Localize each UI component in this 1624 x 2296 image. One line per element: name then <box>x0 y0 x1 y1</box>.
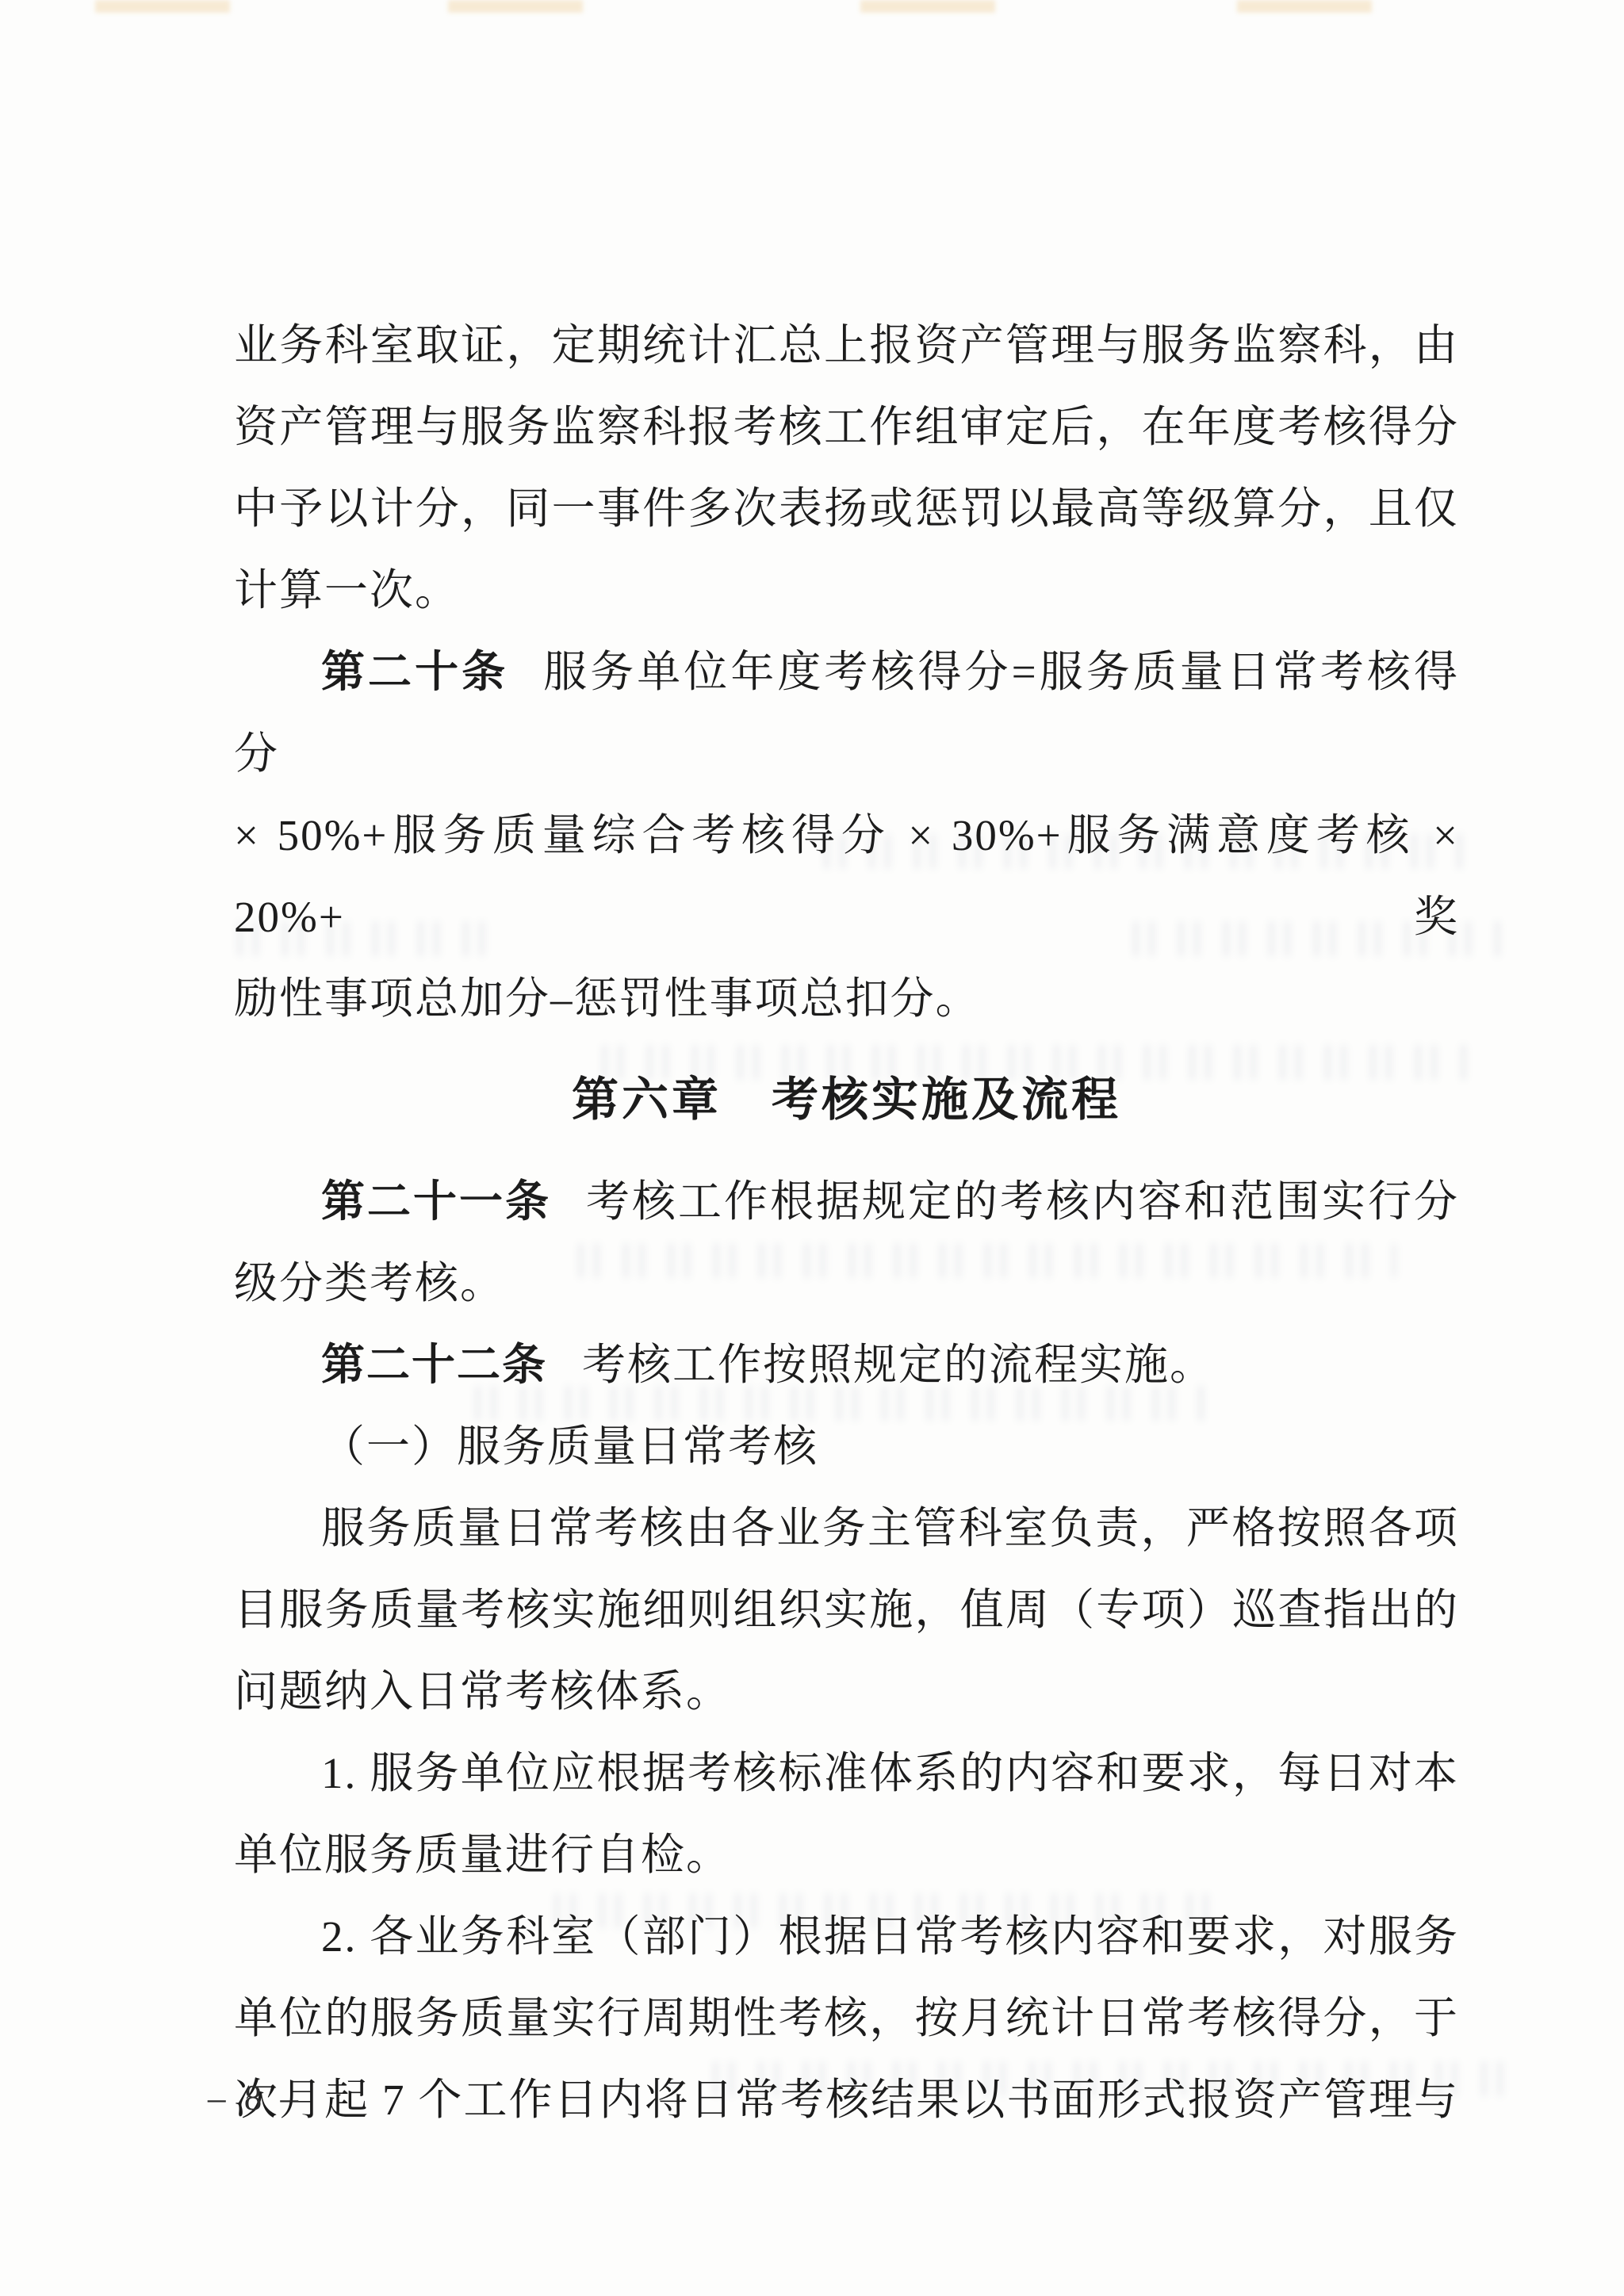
article-text: 考核工作按照规定的流程实施。 <box>582 1341 1215 1389</box>
text-line: 业务科室取证，定期统计汇总上报资产管理与服务监察科，由 <box>234 304 1459 386</box>
text-line: 第二十二条考核工作按照规定的流程实施。 <box>234 1324 1459 1406</box>
text-line: 励性事项总加分–惩罚性事项总扣分。 <box>234 958 1459 1039</box>
text-line: × 50%+服务质量综合考核得分 × 30%+服务满意度考核 × 20%+奖 <box>234 794 1459 958</box>
scan-smudge <box>1237 0 1372 13</box>
article-number: 第二十一条 <box>321 1177 551 1226</box>
text-line: 问题纳入日常考核体系。 <box>234 1651 1459 1732</box>
scan-smudge <box>448 0 583 13</box>
text-line: 第二十条服务单位年度考核得分=服务质量日常考核得分 <box>234 631 1459 794</box>
article-number: 第二十条 <box>321 648 508 696</box>
scan-smudge <box>95 0 230 13</box>
text-line: 1. 服务单位应根据考核标准体系的内容和要求，每日对本 <box>234 1732 1459 1814</box>
article-text: 考核工作根据规定的考核内容和范围实行分 <box>586 1177 1459 1226</box>
text-line: 级分类考核。 <box>234 1242 1459 1324</box>
scan-smudge <box>860 0 995 13</box>
document-body: 业务科室取证，定期统计汇总上报资产管理与服务监察科，由 资产管理与服务监察科报考… <box>234 304 1459 2141</box>
text-line: （一）服务质量日常考核 <box>234 1406 1459 1487</box>
text-line: 中予以计分，同一事件多次表扬或惩罚以最高等级算分，且仅 <box>234 468 1459 549</box>
text-line: 2. 各业务科室（部门）根据日常考核内容和要求，对服务 <box>234 1896 1459 1977</box>
text-line: 单位服务质量进行自检。 <box>234 1814 1459 1896</box>
document-page: 业务科室取证，定期统计汇总上报资产管理与服务监察科，由 资产管理与服务监察科报考… <box>0 0 1624 2296</box>
page-number: – 8 – <box>208 2074 303 2122</box>
text-line: 服务质量日常考核由各业务主管科室负责，严格按照各项 <box>234 1487 1459 1569</box>
text-line: 次月起 7 个工作日内将日常考核结果以书面形式报资产管理与 <box>234 2059 1459 2141</box>
text-line: 资产管理与服务监察科报考核工作组审定后，在年度考核得分 <box>234 386 1459 468</box>
chapter-heading: 第六章 考核实施及流程 <box>234 1059 1459 1141</box>
article-number: 第二十二条 <box>321 1341 547 1389</box>
text-line: 目服务质量考核实施细则组织实施，值周（专项）巡查指出的 <box>234 1569 1459 1651</box>
text-line: 第二十一条考核工作根据规定的考核内容和范围实行分 <box>234 1161 1459 1242</box>
text-line: 计算一次。 <box>234 549 1459 631</box>
text-line: 单位的服务质量实行周期性考核，按月统计日常考核得分，于 <box>234 1977 1459 2059</box>
